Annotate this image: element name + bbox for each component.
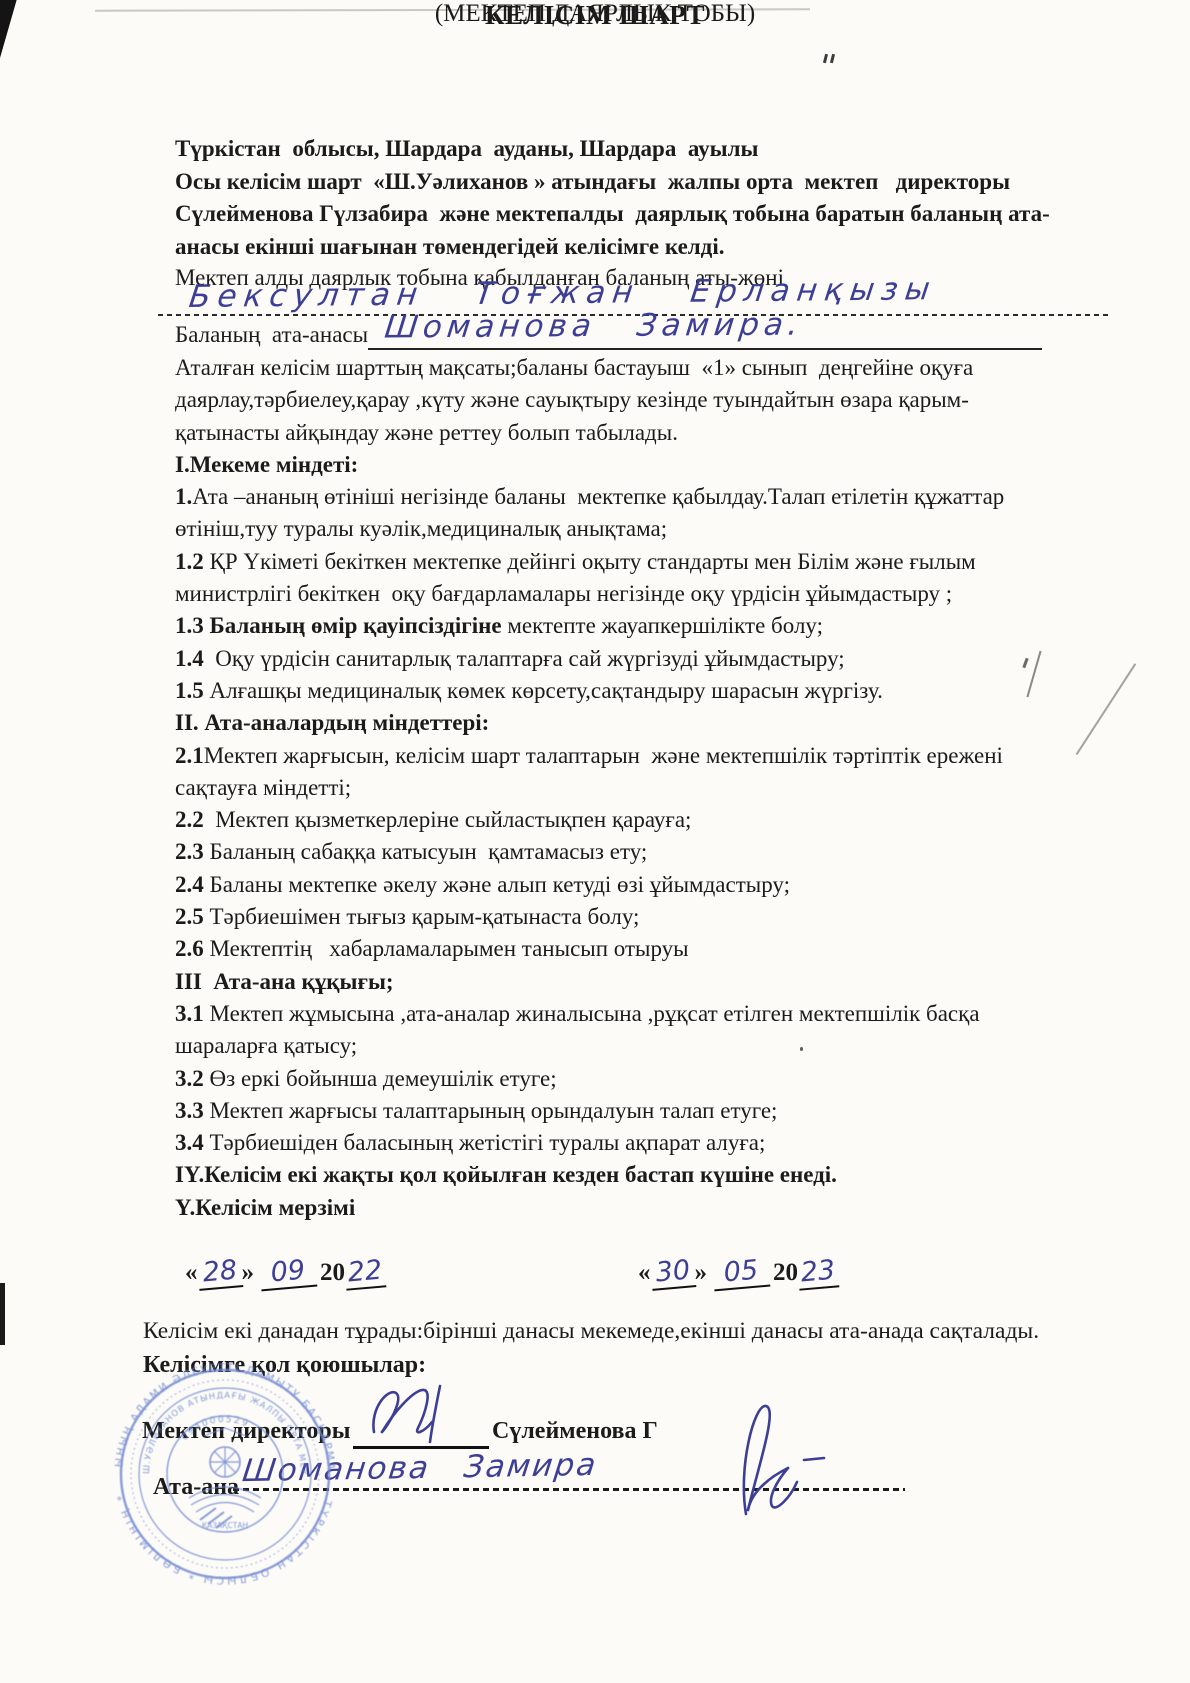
stamp-outer-bottom-text: ТҮРКІСТАН ОБЛЫСЫ * БӨЛІМІНІҢ *: [115, 1491, 334, 1586]
contract-lines: Аталған келісім шарттың мақсаты;баланы б…: [175, 352, 1004, 1224]
intro-paragraph: Түркістан облысы, Шардара ауданы, Шардар…: [175, 133, 1050, 263]
date-end-year-prefix: 20: [773, 1259, 798, 1286]
date-end-year: 23: [797, 1254, 840, 1290]
document-line: 2.2 Мектеп қызметкерлеріне сыйластықпен …: [175, 804, 1004, 836]
document-line: Y.Келісім мерзімі: [175, 1192, 1004, 1224]
parent-name-label: Баланың ата-анасы: [175, 322, 368, 348]
intro-line: Түркістан облысы, Шардара ауданы, Шардар…: [175, 133, 1050, 166]
document-line: IY.Келісім екі жақты қол қойылған кезден…: [175, 1159, 1004, 1191]
date-end-month: 05: [712, 1254, 771, 1292]
quote-close: »: [695, 1259, 708, 1286]
document-line: II. Ата-аналардың міндеттері:: [175, 707, 1004, 739]
scan-artifact-scratch: [1076, 663, 1136, 754]
document-line: III Ата-ана құқығы;: [175, 966, 1004, 998]
date-start-day: 28: [196, 1254, 243, 1291]
quote-open: «: [638, 1259, 651, 1286]
scan-artifact-tick: [823, 54, 828, 63]
quote-close: »: [242, 1259, 255, 1286]
svg-text:094000529: 094000529: [180, 1415, 251, 1443]
date-start-year-prefix: 20: [320, 1259, 345, 1286]
document-line: 1.3 Баланың өмір қауіпсіздігіне мектепте…: [175, 610, 1004, 642]
document-line: 1.Ата –ананың өтініші негізінде баланы м…: [175, 481, 1004, 513]
stamp-registration-number: 094000529: [180, 1415, 251, 1443]
scanned-contract-page: КЕЛІСІМ ШАРТ (МЕКТЕП ДАЯРЛЫК ТОБЫ) Түркі…: [0, 0, 1190, 1683]
document-line: 2.1Мектеп жарғысын, келісім шарт талапта…: [175, 740, 1004, 772]
document-line: 1.5 Алғашқы медициналық көмек көрсету,са…: [175, 675, 1004, 707]
parent-signature-flourish: [700, 1396, 835, 1521]
date-start: «28»092022: [185, 1256, 385, 1289]
document-line: 1.2 ҚР Үкіметі бекіткен мектепке дейінгі…: [175, 546, 1004, 578]
copies-statement: Келісім екі данадан тұрады:бірінші данас…: [143, 1318, 1039, 1345]
scan-artifact-edge: [0, 1283, 5, 1345]
document-line: өтініш,туу туралы куәлік,медициналық аны…: [175, 513, 1004, 545]
scan-artifact-tick: [830, 54, 835, 63]
date-start-month: 09: [259, 1254, 318, 1292]
intro-line: анасы екінші шағынан төмендегідей келісі…: [175, 231, 1050, 264]
document-line: 3.3 Мектеп жарғысы талаптарының орындалу…: [175, 1095, 1004, 1127]
document-line: 2.6 Мектептің хабарламаларымен танысып о…: [175, 933, 1004, 965]
document-line: I.Мекеме міндеті:: [175, 449, 1004, 481]
scan-artifact-scratch: [1026, 651, 1041, 698]
director-name: Сүлейменова Г: [492, 1418, 658, 1445]
document-line: 2.5 Тәрбиешімен тығыз қарым-қатынаста бо…: [175, 901, 1004, 933]
document-line: сақтауға міндетті;: [175, 772, 1004, 804]
document-line: шараларға қатысу;: [175, 1030, 1004, 1062]
document-line: 3.1 Мектеп жұмысына ,ата-аналар жиналысы…: [175, 998, 1004, 1030]
parent-name-handwritten-value: Шоманова Замира.: [383, 307, 805, 346]
document-line: қатынасты айқындау және реттеу болып таб…: [175, 417, 1004, 449]
scan-artifact-dot: [1022, 658, 1028, 668]
document-line: 2.3 Баланың сабаққа катысуын қамтамасыз …: [175, 836, 1004, 868]
document-line: 3.4 Тәрбиешіден баласының жетістігі тура…: [175, 1127, 1004, 1159]
intro-line: Осы келісім шарт «Ш.Уәлиханов » атындағы…: [175, 166, 1050, 199]
svg-text:ТҮРКІСТАН ОБЛЫСЫ * БӨЛІМІНІҢ *: ТҮРКІСТАН ОБЛЫСЫ * БӨЛІМІНІҢ *: [115, 1491, 334, 1586]
document-line: даярлау,тәрбиелеу,қарау ,күту және сауық…: [175, 384, 1004, 416]
document-line: 1.4 Оқу үрдісін санитарлық талаптарға са…: [175, 643, 1004, 675]
date-end: «30»052023: [638, 1256, 838, 1289]
document-line: 3.2 Өз еркі бойынша демеушілік етуге;: [175, 1063, 1004, 1095]
document-line: 2.4 Баланы мектепке әкелу және алып кету…: [175, 869, 1004, 901]
date-start-year: 22: [344, 1254, 387, 1290]
document-line: Аталған келісім шарттың мақсаты;баланы б…: [175, 352, 1004, 384]
school-stamp: ЫНЫҢ АДАМИ ӘЛЕУЕТТІ ДАМЫТУ БАСҚАРМАСЫНЫҢ…: [92, 1358, 358, 1590]
document-line: министрлігі бекіткен оқу бағдарламалары …: [175, 578, 1004, 610]
document-subtitle: (МЕКТЕП ДАЯРЛЫК ТОБЫ): [0, 0, 1190, 28]
quote-open: «: [185, 1259, 198, 1286]
stamp-center-label: ҚАЗАҚСТАН: [202, 1521, 248, 1530]
intro-line: Сүлейменова Гүлзабира және мектепалды да…: [175, 198, 1050, 231]
director-signature-mark: [362, 1380, 480, 1450]
date-end-day: 30: [649, 1254, 696, 1291]
